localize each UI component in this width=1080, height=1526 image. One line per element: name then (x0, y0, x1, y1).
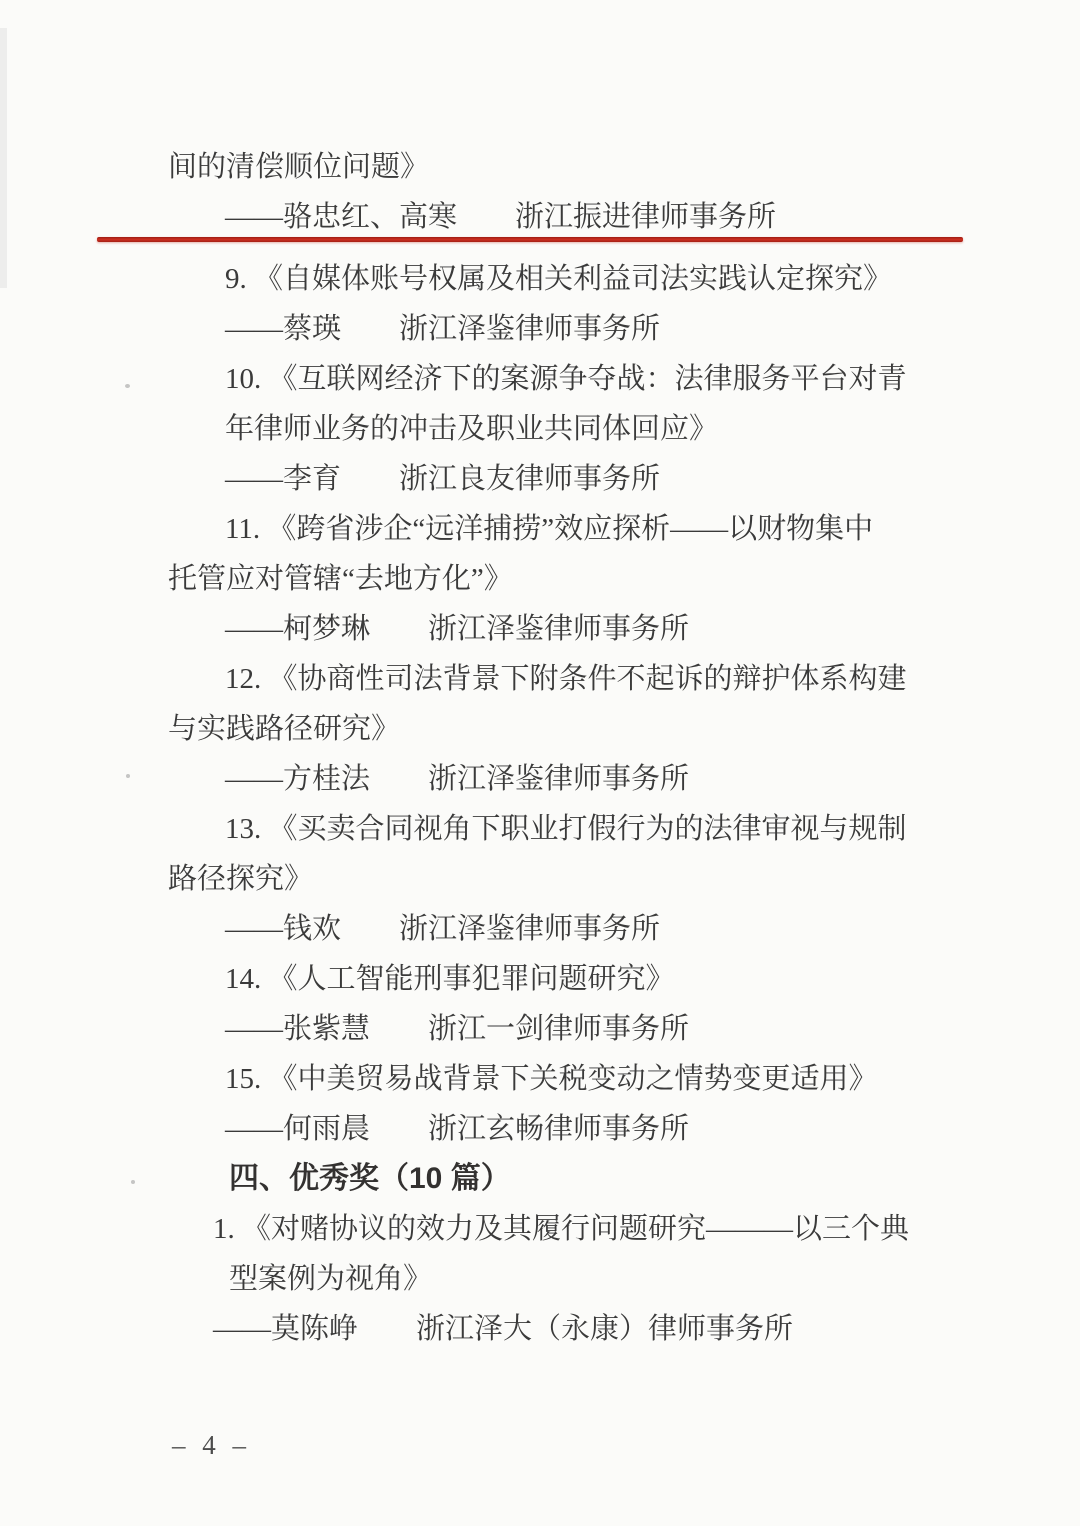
entry-title-continuation: 托管应对管辖“去地方化”》 (0, 554, 1080, 604)
entry-title-line: 1. 《对赌协议的效力及其履行问题研究———以三个典 (0, 1204, 1080, 1254)
entry-title-continuation: 型案例为视角》 (0, 1254, 1080, 1304)
entry-author-line: ——柯梦琳 浙江泽鉴律师事务所 (0, 604, 1080, 654)
document-body: 间的清偿顺位问题》 ——骆忠红、高寒 浙江振进律师事务所 9. 《自媒体账号权属… (0, 142, 1080, 1354)
entry-author-line: ——何雨晨 浙江玄畅律师事务所 (0, 1104, 1080, 1154)
entry-title-continuation: 年律师业务的冲击及职业共同体回应》 (0, 404, 1080, 454)
entry-title-line: 12. 《协商性司法背景下附条件不起诉的辩护体系构建 (0, 654, 1080, 704)
entry-author-line: ——李育 浙江良友律师事务所 (0, 454, 1080, 504)
scan-speck (125, 384, 130, 388)
entry-title-continuation: 与实践路径研究》 (0, 704, 1080, 754)
entry-author-line: ——方桂法 浙江泽鉴律师事务所 (0, 754, 1080, 804)
red-underline (97, 237, 963, 242)
entry-author-line: ——骆忠红、高寒 浙江振进律师事务所 (0, 192, 1080, 242)
entry-title-line: 10. 《互联网经济下的案源争夺战：法律服务平台对青 (0, 354, 1080, 404)
scan-speck (126, 774, 130, 778)
entry-author-line: ——蔡瑛 浙江泽鉴律师事务所 (0, 304, 1080, 354)
page-number: – 4 – (172, 1430, 251, 1461)
scan-speck (131, 1180, 135, 1184)
entry-title-continuation: 间的清偿顺位问题》 (0, 142, 1080, 192)
entry-title-line: 11. 《跨省涉企“远洋捕捞”效应探析——以财物集中 (0, 504, 1080, 554)
entry-author-line: ——莫陈峥 浙江泽大（永康）律师事务所 (0, 1304, 1080, 1354)
entry-author-line: ——钱欢 浙江泽鉴律师事务所 (0, 904, 1080, 954)
entry-title-line: 14. 《人工智能刑事犯罪问题研究》 (0, 954, 1080, 1004)
entry-title-line: 13. 《买卖合同视角下职业打假行为的法律审视与规制 (0, 804, 1080, 854)
document-page: 间的清偿顺位问题》 ——骆忠红、高寒 浙江振进律师事务所 9. 《自媒体账号权属… (0, 0, 1080, 1526)
entry-title-continuation: 路径探究》 (0, 854, 1080, 904)
section-heading-excellence-award: 四、优秀奖（10 篇） (0, 1154, 1080, 1204)
entry-title-line: 15. 《中美贸易战背景下关税变动之情势变更适用》 (0, 1054, 1080, 1104)
entry-author-line: ——张紫慧 浙江一剑律师事务所 (0, 1004, 1080, 1054)
entry-title-line: 9. 《自媒体账号权属及相关利益司法实践认定探究》 (0, 254, 1080, 304)
